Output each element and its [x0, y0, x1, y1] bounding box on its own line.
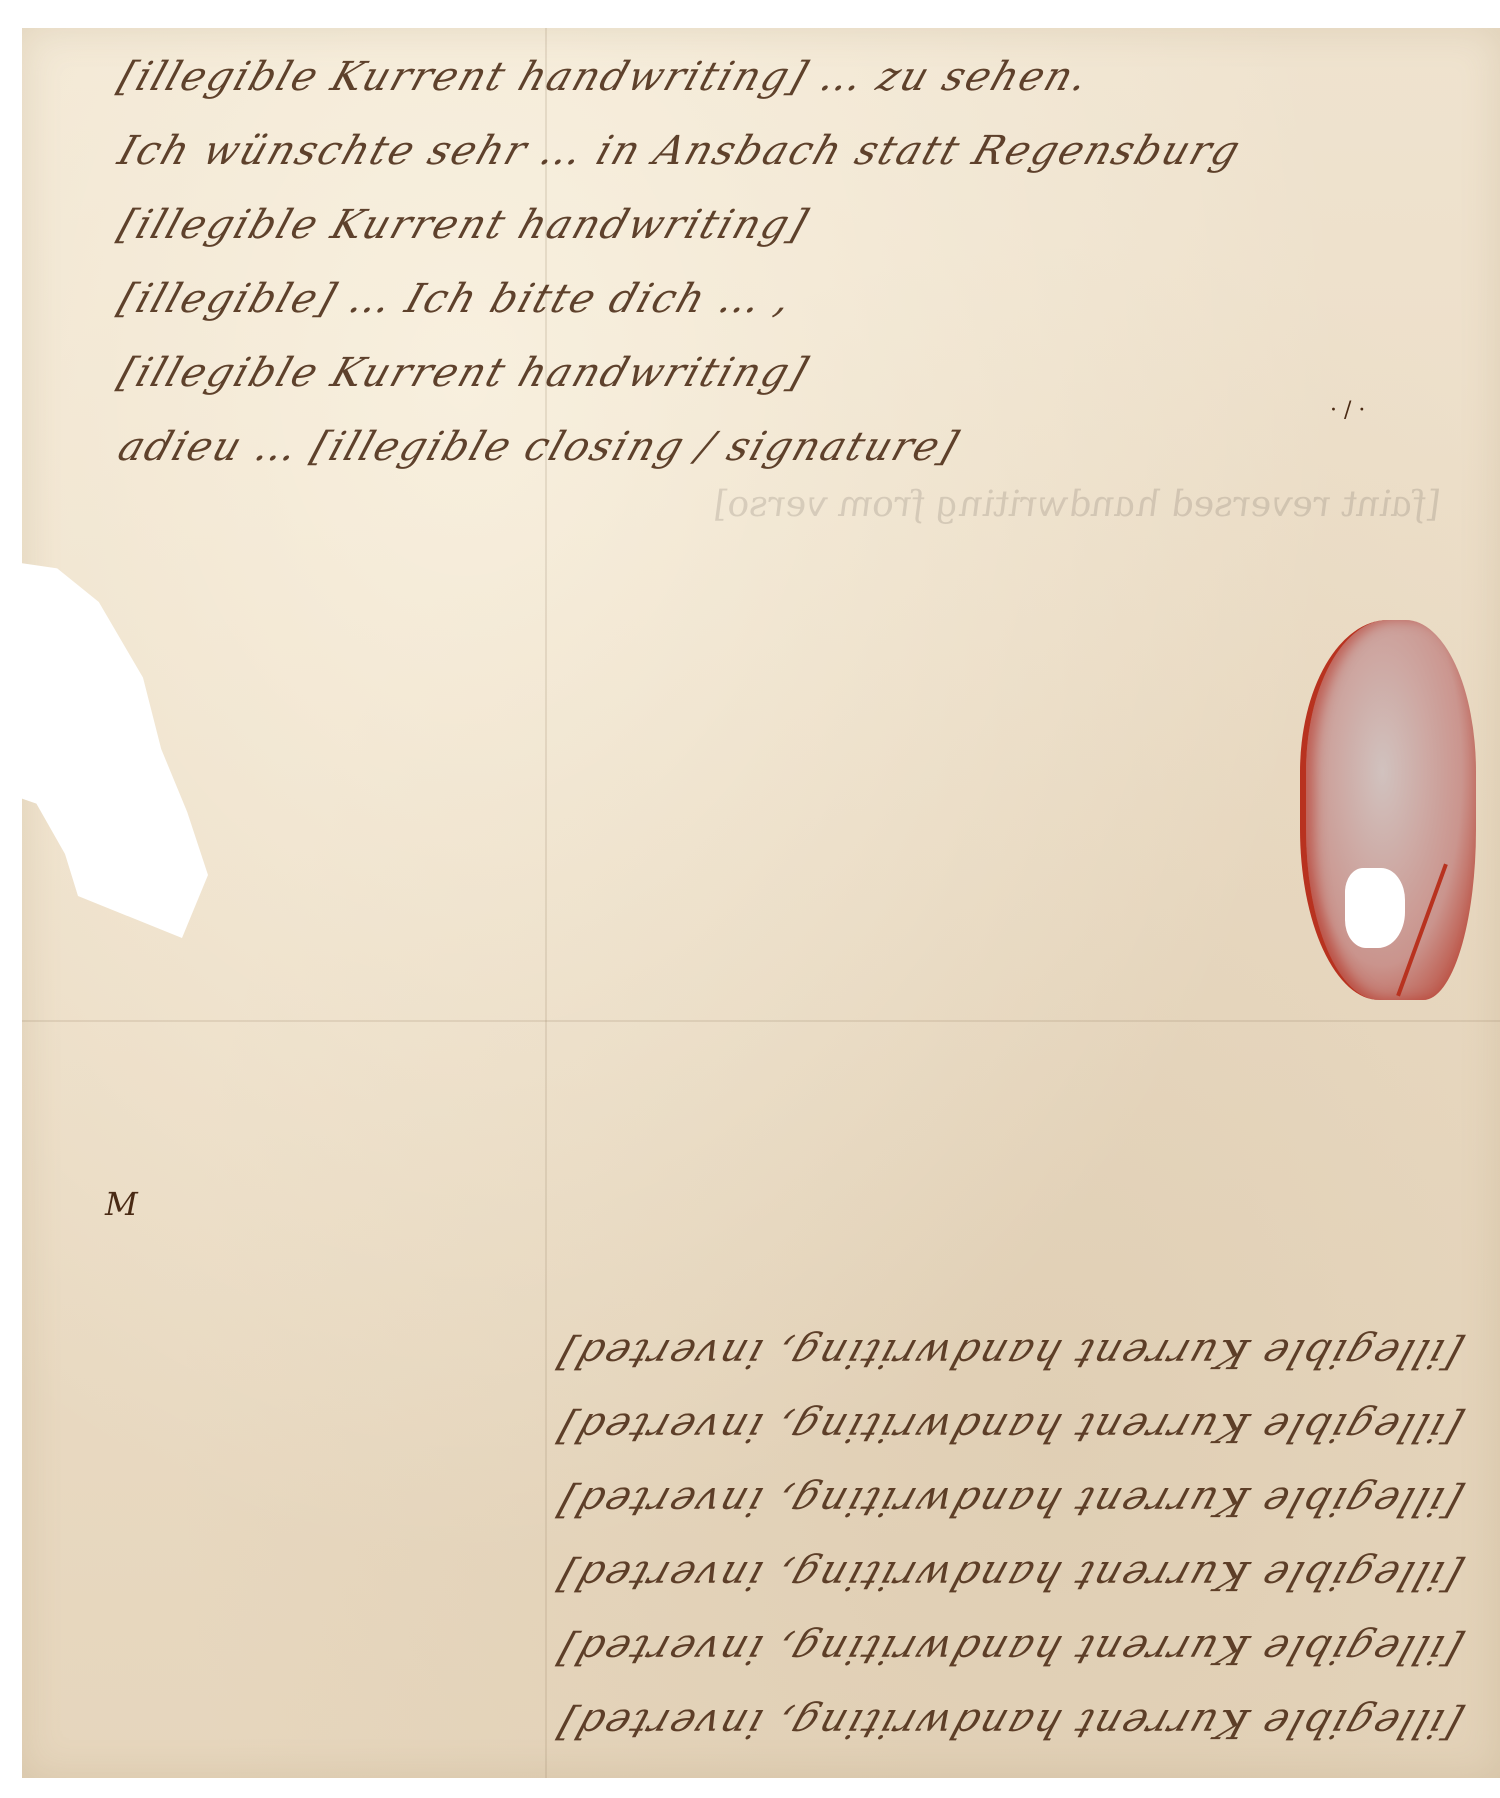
margin-annotation: · / ·: [1330, 398, 1365, 423]
handwritten-line: [illegible Kurrent handwriting, inverted…: [546, 1686, 1472, 1760]
seal-hole: [1345, 868, 1405, 948]
handwritten-line: Ich wünschte sehr … in Ansbach statt Reg…: [108, 114, 1252, 188]
handwritten-line: [illegible Kurrent handwriting, inverted…: [546, 1390, 1472, 1464]
handwritten-line: [illegible Kurrent handwriting, inverted…: [546, 1538, 1472, 1612]
upright-text-block: [illegible Kurrent handwriting] … zu seh…: [120, 40, 1240, 484]
handwritten-line: [illegible Kurrent handwriting]: [108, 336, 1252, 410]
handwritten-line: [illegible Kurrent handwriting]: [108, 188, 1252, 262]
handwritten-line: [illegible Kurrent handwriting, inverted…: [546, 1464, 1472, 1538]
handwritten-line: adieu … [illegible closing / signature]: [108, 410, 1252, 484]
inverted-text-block: [illegible Kurrent handwriting, inverted…: [558, 1316, 1460, 1760]
margin-mark: M: [105, 1185, 138, 1223]
handwritten-line: [illegible] … Ich bitte dich … ,: [108, 262, 1252, 336]
handwritten-line: [illegible Kurrent handwriting, inverted…: [546, 1612, 1472, 1686]
handwritten-line: [illegible Kurrent handwriting, inverted…: [546, 1316, 1472, 1390]
handwritten-line: [illegible Kurrent handwriting] … zu seh…: [108, 40, 1252, 114]
horizontal-fold-line: [22, 1020, 1500, 1022]
